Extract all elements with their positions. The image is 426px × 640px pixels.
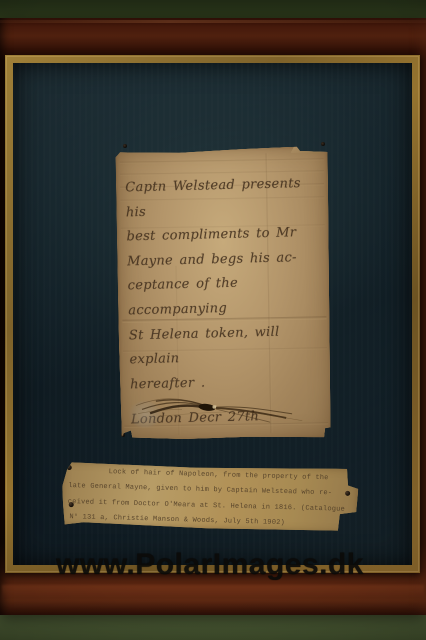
folded-corner <box>291 137 323 156</box>
mounting-pin <box>123 144 127 148</box>
note-line: ceptance of the accompanying <box>127 270 322 324</box>
lock-of-hair <box>130 386 316 431</box>
note-line: Mayne and begs his ac- <box>127 245 322 274</box>
typed-label: Lock of hair of Napoleon, from the prope… <box>61 461 359 533</box>
typed-caption: Lock of hair of Napoleon, from the prope… <box>67 464 353 534</box>
paper-crease <box>120 158 324 164</box>
note-line: St Helena token, will explain <box>129 319 324 373</box>
note-line: Captn Welstead presents his <box>125 172 320 226</box>
picture-frame: Captn Welstead presents his best complim… <box>0 18 426 615</box>
handwritten-note: Captn Welstead presents his best complim… <box>115 146 332 442</box>
gilt-inner-trim: Captn Welstead presents his best complim… <box>5 55 420 573</box>
label-pin <box>340 521 345 526</box>
mounting-pin <box>321 142 325 146</box>
photograph: Captn Welstead presents his best complim… <box>0 0 426 640</box>
velvet-mat: Captn Welstead presents his best complim… <box>13 63 412 565</box>
label-pin <box>69 502 74 507</box>
watermark-text: www.PolarImages.dk <box>0 548 420 582</box>
